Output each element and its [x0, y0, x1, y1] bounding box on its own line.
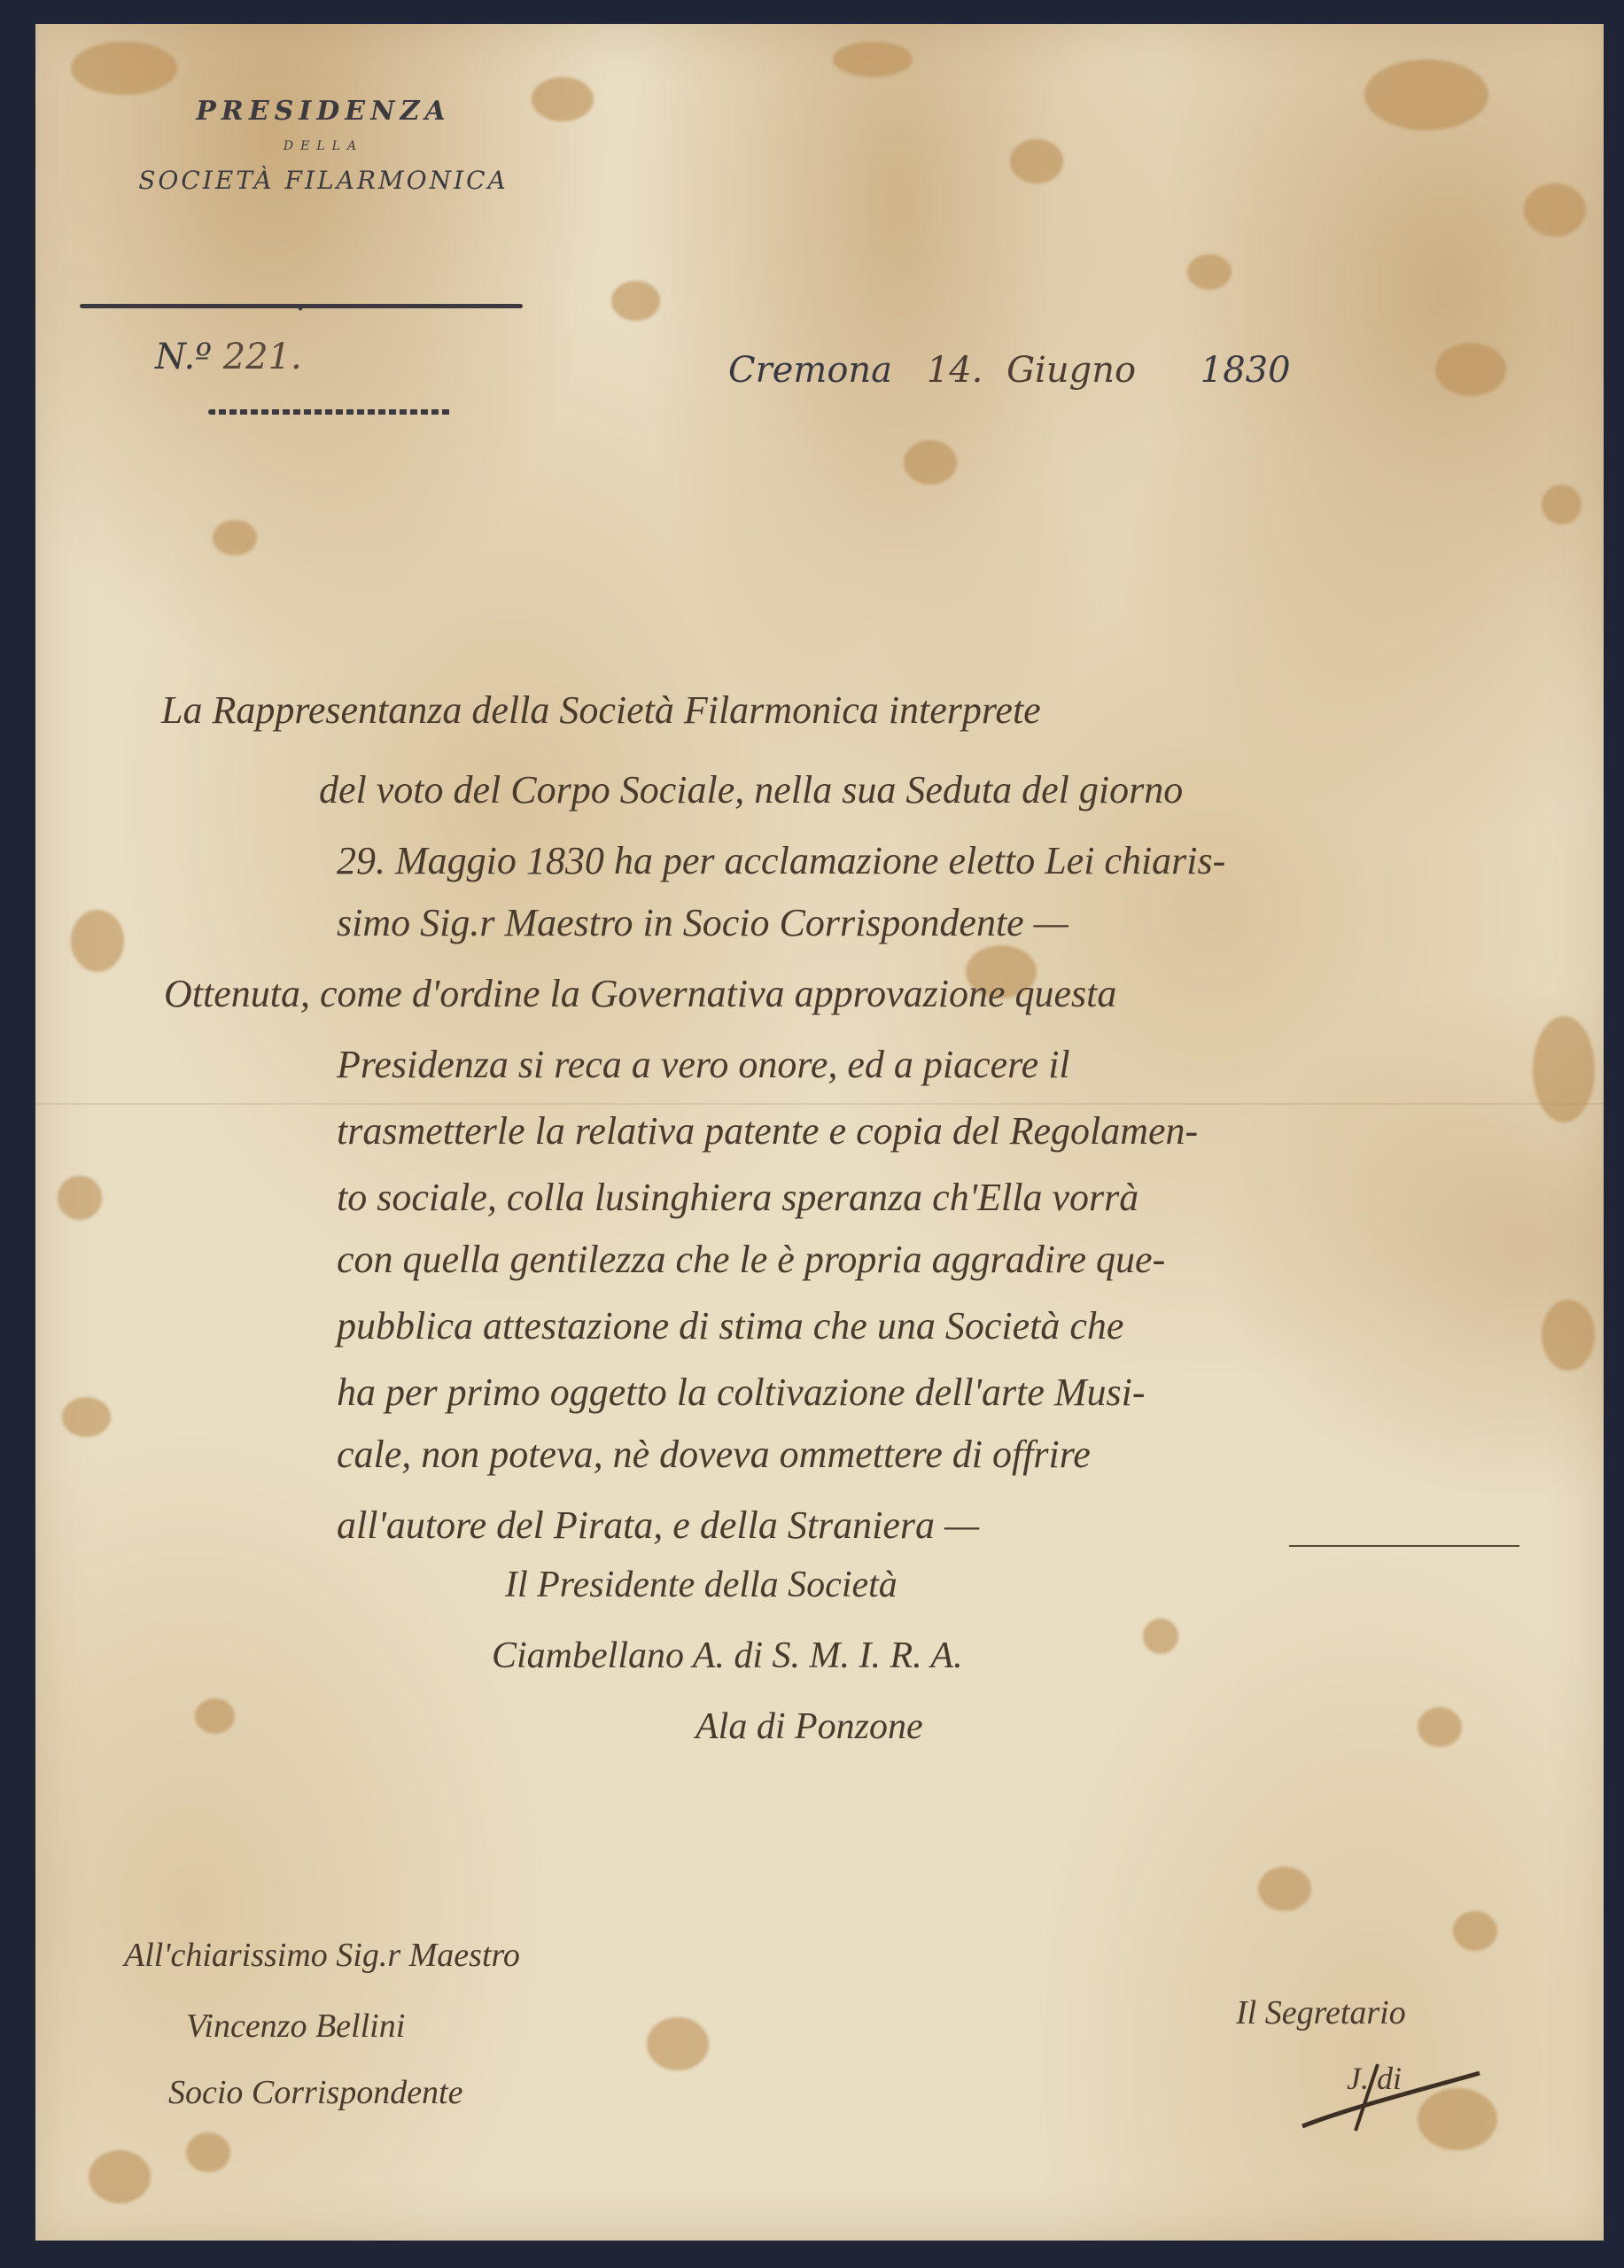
foxing-stain	[1364, 59, 1488, 130]
body-line: del voto del Corpo Sociale, nella sua Se…	[319, 771, 1183, 810]
letterhead-connector: DELLA	[80, 139, 567, 153]
letterhead-title: PRESIDENZA	[80, 96, 567, 127]
foxing-stain	[833, 42, 913, 77]
body-line: pubblica attestazione di stima che una S…	[337, 1307, 1123, 1346]
body-line: all'autore del Pirata, e della Straniera…	[337, 1506, 979, 1545]
foxing-stain	[186, 2132, 230, 2172]
foxing-stain	[1435, 343, 1506, 396]
foxing-stain	[71, 42, 177, 95]
foxing-stain	[1453, 1911, 1497, 1951]
line-end-flourish	[1289, 1545, 1519, 1547]
addressee-name: Vincenzo Bellini	[186, 2007, 405, 2046]
foxing-stain	[58, 1176, 102, 1220]
paper-fold	[35, 1103, 1604, 1105]
foxing-stain	[1418, 1707, 1462, 1747]
foxing-stain	[1010, 139, 1063, 183]
date-month: Giugno	[1006, 350, 1136, 391]
foxing-stain	[1143, 1619, 1178, 1654]
foxing-stain	[195, 1698, 235, 1734]
foxing-stain	[213, 520, 257, 555]
president-rank: Ciambellano A. di S. M. I. R. A.	[492, 1635, 963, 1677]
body-line: to sociale, colla lusinghiera speranza c…	[337, 1178, 1138, 1217]
dateline: Cremona 14. Giugno 1830	[728, 350, 1291, 391]
foxing-stain	[611, 281, 660, 321]
addressee-salutation: All'chiarissimo Sig.r Maestro	[124, 1936, 520, 1975]
date-place: Cremona	[728, 350, 892, 391]
foxing-stain	[89, 2150, 151, 2203]
secretary-title: Il Segretario	[1236, 1993, 1406, 2032]
protocol-prefix: N.º	[155, 337, 212, 377]
protocol-value: 221.	[223, 337, 302, 377]
addressee-role: Socio Corrispondente	[168, 2073, 462, 2112]
body-line: Presidenza si reca a vero onore, ed a pi…	[337, 1045, 1070, 1084]
signature-flourish-icon	[1294, 2055, 1488, 2135]
foxing-stain	[1542, 1300, 1595, 1371]
body-line: simo Sig.r Maestro in Socio Corrisponden…	[337, 904, 1068, 943]
foxing-stain	[1258, 1867, 1311, 1911]
body-line: ha per primo oggetto la coltivazione del…	[337, 1373, 1146, 1412]
foxing-stain	[1542, 485, 1581, 524]
foxing-stain	[647, 2017, 709, 2070]
body-line: cale, non poteva, nè doveva ommettere di…	[337, 1435, 1091, 1474]
protocol-ornament-rule	[208, 409, 452, 415]
protocol-number: N.º 221.	[155, 337, 302, 377]
body-line: trasmetterle la relativa patente e copia…	[337, 1112, 1198, 1151]
foxing-stain	[1187, 254, 1232, 290]
president-name: Ala di Ponzone	[695, 1705, 923, 1748]
body-line: con quella gentilezza che le è propria a…	[337, 1240, 1165, 1279]
foxing-stain	[1524, 183, 1586, 237]
president-title: Il Presidente della Società	[505, 1564, 897, 1606]
foxing-stain	[1533, 1016, 1595, 1122]
foxing-stain	[62, 1397, 111, 1437]
letterhead: PRESIDENZA DELLA SOCIETÀ FILARMONICA	[80, 96, 567, 195]
body-line: La Rappresentanza della Società Filarmon…	[161, 691, 1041, 730]
letterhead-society: SOCIETÀ FILARMONICA	[80, 166, 567, 195]
body-line: 29. Maggio 1830 ha per acclamazione elet…	[337, 842, 1225, 881]
date-day: 14.	[927, 350, 983, 391]
date-year: 1830	[1201, 350, 1291, 391]
foxing-stain	[71, 910, 124, 972]
foxing-stain	[904, 440, 957, 485]
body-line: Ottenuta, come d'ordine la Governativa a…	[164, 975, 1116, 1014]
letterhead-rule	[80, 304, 523, 308]
